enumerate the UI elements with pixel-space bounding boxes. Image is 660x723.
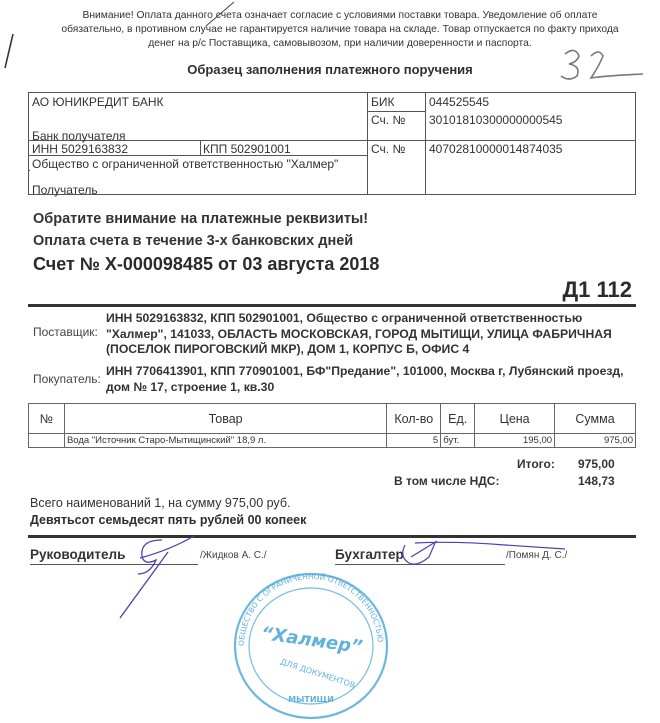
vat-label: В том числе НДС: bbox=[394, 474, 499, 488]
bank-label: Банк получателя bbox=[32, 129, 125, 143]
account-label: Сч. № bbox=[371, 142, 405, 156]
document-code: Д1 112 bbox=[562, 277, 632, 303]
row-number bbox=[29, 434, 65, 448]
account-value: 40702810000014874035 bbox=[429, 142, 562, 156]
col-price: Цена bbox=[475, 404, 555, 434]
payment-notice: Внимание! Оплата данного счета означает … bbox=[60, 9, 620, 51]
recipient-label: Получатель bbox=[32, 183, 98, 197]
col-sum: Сумма bbox=[555, 404, 636, 434]
vat-value: 148,73 bbox=[578, 474, 615, 488]
divider bbox=[28, 304, 636, 307]
director-sign-line bbox=[30, 564, 198, 565]
bik-value: 044525545 bbox=[429, 95, 489, 109]
supplier-label: Поставщик: bbox=[33, 325, 98, 339]
signature-divider bbox=[28, 535, 636, 538]
company-stamp: ОБЩЕСТВО С ОГРАНИЧЕННОЙ ОТВЕТСТВЕННОСТЬЮ… bbox=[222, 568, 400, 720]
payment-sample-title: Образец заполнения платежного поручения bbox=[0, 62, 660, 77]
row-qty: 5 bbox=[387, 434, 441, 448]
total-value: 975,00 bbox=[578, 457, 615, 471]
table-row: Вода "Источник Старо-Мытищинский" 18,9 л… bbox=[29, 434, 636, 448]
accountant-sign-line bbox=[335, 564, 505, 565]
buyer-details: ИНН 7706413901, КПП 770901001, БФ"Предан… bbox=[106, 364, 631, 395]
col-unit: Ед. bbox=[441, 404, 475, 434]
total-label: Итого: bbox=[517, 457, 555, 471]
payment-term: Оплата счета в течение 3-х банковских дн… bbox=[33, 233, 353, 249]
items-summary: Всего наименований 1, на сумму 975,00 ру… bbox=[30, 496, 290, 510]
row-price: 195,00 bbox=[475, 434, 555, 448]
goods-header-row: № Товар Кол-во Ед. Цена Сумма bbox=[29, 404, 636, 434]
bik-label: БИК bbox=[371, 95, 395, 109]
recipient-inn: ИНН 5029163832 bbox=[32, 142, 128, 156]
row-unit: бут. bbox=[441, 434, 475, 448]
recipient-name: Общество с ограниченной ответственностью… bbox=[32, 157, 338, 171]
row-sum: 975,00 bbox=[555, 434, 636, 448]
director-label: Руководитель bbox=[30, 547, 125, 562]
director-signature bbox=[110, 530, 200, 620]
stamp-city: МЫТИЩИ bbox=[288, 695, 334, 704]
goods-table: № Товар Кол-во Ед. Цена Сумма Вода "Исто… bbox=[28, 403, 636, 448]
col-number: № bbox=[29, 404, 65, 434]
buyer-label: Покупатель: bbox=[33, 372, 101, 386]
corr-account-value: 30101810300000000545 bbox=[429, 113, 562, 127]
col-qty: Кол-во bbox=[387, 404, 441, 434]
accountant-name: /Помян Д. С./ bbox=[506, 550, 567, 561]
stamp-inner-text: ДЛЯ ДОКУМЕНТОВ bbox=[279, 657, 356, 690]
supplier-details: ИНН 5029163832, КПП 502901001, Общество … bbox=[106, 311, 631, 358]
accountant-label: Бухгалтер bbox=[335, 547, 404, 562]
stamp-company-name: “Халмер” bbox=[260, 623, 365, 658]
corr-account-label: Сч. № bbox=[371, 113, 405, 127]
recipient-kpp: КПП 502901001 bbox=[203, 142, 291, 156]
invoice-title: Счет № Х-000098485 от 03 августа 2018 bbox=[33, 254, 379, 275]
director-name: /Жидков А. С./ bbox=[200, 550, 267, 561]
col-item: Товар bbox=[64, 404, 386, 434]
bank-name: АО ЮНИКРЕДИТ БАНК bbox=[32, 95, 164, 109]
row-item: Вода "Источник Старо-Мытищинский" 18,9 л… bbox=[64, 434, 386, 448]
bank-requisites: АО ЮНИКРЕДИТ БАНК Банк получателя ИНН 50… bbox=[28, 92, 636, 195]
amount-in-words: Девятьсот семьдесят пять рублей 00 копее… bbox=[30, 513, 306, 527]
requisites-warning: Обратите внимание на платежные реквизиты… bbox=[33, 211, 368, 227]
